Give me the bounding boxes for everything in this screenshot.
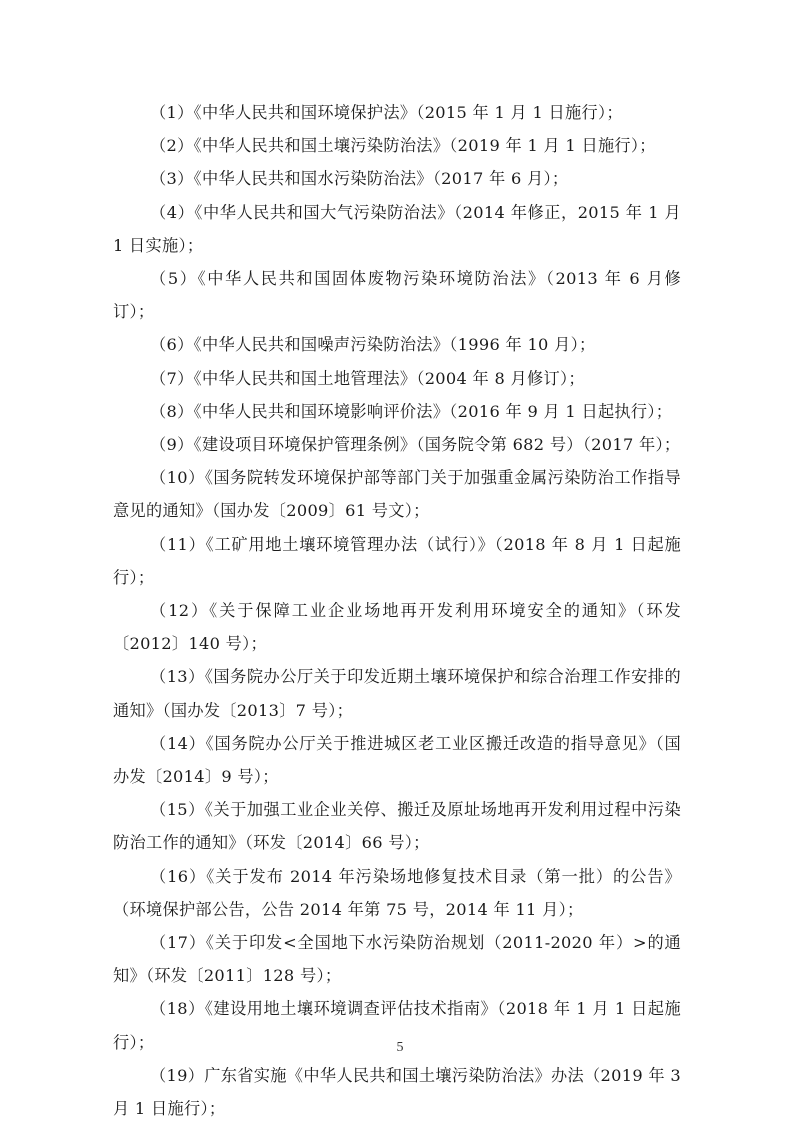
item-number: （13） — [150, 667, 205, 686]
item-number: （9） — [150, 435, 194, 454]
list-item: （2）《中华人民共和国土壤污染防治法》（2019 年 1 月 1 日施行）； — [113, 129, 681, 162]
item-number: （17） — [150, 933, 206, 952]
item-text: 《中华人民共和国大气污染防治法》（2014 年修正，2015 年 1 月 1 日… — [113, 203, 681, 255]
item-number: （18） — [150, 999, 205, 1018]
page-number: 5 — [0, 1040, 800, 1056]
list-item: （16）《关于发布 2014 年污染场地修复技术目录（第一批）的公告》（环境保护… — [113, 860, 681, 926]
item-number: （15） — [150, 800, 205, 819]
item-text: 《中华人民共和国环境影响评价法》（2016 年 9 月 1 日起执行）； — [194, 402, 673, 421]
item-text: 《中华人民共和国噪声污染防治法》（1996 年 10 月）； — [194, 335, 596, 354]
item-text: 《中华人民共和国环境保护法》（2015 年 1 月 1 日施行）； — [194, 103, 623, 122]
list-item: （19）广东省实施《中华人民共和国土壤污染防治法》办法（2019 年 3 月 1… — [113, 1059, 681, 1125]
item-text: 《中华人民共和国水污染防治法》（2017 年 6 月）； — [194, 169, 569, 188]
list-item: （3）《中华人民共和国水污染防治法》（2017 年 6 月）； — [113, 162, 681, 195]
regulation-list: （1）《中华人民共和国环境保护法》（2015 年 1 月 1 日施行）； （2）… — [113, 96, 681, 1125]
item-text: 《建设项目环境保护管理条例》（国务院令第 682 号）（2017 年）； — [194, 435, 681, 454]
list-item: （15）《关于加强工业企业关停、搬迁及原址场地再开发利用过程中污染防治工作的通知… — [113, 793, 681, 859]
item-number: （1） — [150, 103, 194, 122]
list-item: （1）《中华人民共和国环境保护法》（2015 年 1 月 1 日施行）； — [113, 96, 681, 129]
list-item: （13）《国务院办公厅关于印发近期土壤环境保护和综合治理工作安排的通知》（国办发… — [113, 660, 681, 726]
item-number: （12） — [150, 601, 209, 620]
item-number: （3） — [150, 169, 194, 188]
item-text: 《中华人民共和国土地管理法》（2004 年 8 月修订）； — [194, 369, 585, 388]
item-number: （14） — [150, 734, 206, 753]
list-item: （10）《国务院转发环境保护部等部门关于加强重金属污染防治工作指导意见的通知》（… — [113, 461, 681, 527]
item-number: （10） — [150, 468, 205, 487]
item-text: 《中华人民共和国土壤污染防治法》（2019 年 1 月 1 日施行）； — [194, 136, 656, 155]
list-item: （11）《工矿用地土壤环境管理办法（试行）》（2018 年 8 月 1 日起施行… — [113, 528, 681, 594]
item-number: （11） — [150, 535, 206, 554]
document-page: （1）《中华人民共和国环境保护法》（2015 年 1 月 1 日施行）； （2）… — [0, 0, 800, 1131]
item-number: （7） — [150, 369, 194, 388]
item-number: （4） — [150, 203, 194, 222]
item-text: 《中华人民共和国固体废物污染环境防治法》（2013 年 6 月修订）； — [113, 269, 681, 321]
list-item: （5）《中华人民共和国固体废物污染环境防治法》（2013 年 6 月修订）； — [113, 262, 681, 328]
list-item: （14）《国务院办公厅关于推进城区老工业区搬迁改造的指导意见》（国办发〔2014… — [113, 727, 681, 793]
item-number: （5） — [150, 269, 198, 288]
item-number: （6） — [150, 335, 194, 354]
list-item: （17）《关于印发<全国地下水污染防治规划（2011-2020 年）>的通知》（… — [113, 926, 681, 992]
list-item: （6）《中华人民共和国噪声污染防治法》（1996 年 10 月）； — [113, 328, 681, 361]
item-number: （16） — [150, 867, 206, 886]
list-item: （7）《中华人民共和国土地管理法》（2004 年 8 月修订）； — [113, 362, 681, 395]
list-item: （12）《关于保障工业企业场地再开发利用环境安全的通知》（环发〔2012〕140… — [113, 594, 681, 660]
item-number: （2） — [150, 136, 194, 155]
list-item: （4）《中华人民共和国大气污染防治法》（2014 年修正，2015 年 1 月 … — [113, 196, 681, 262]
list-item: （8）《中华人民共和国环境影响评价法》（2016 年 9 月 1 日起执行）； — [113, 395, 681, 428]
item-number: （8） — [150, 402, 194, 421]
list-item: （9）《建设项目环境保护管理条例》（国务院令第 682 号）（2017 年）； — [113, 428, 681, 461]
item-number: （19） — [150, 1066, 204, 1085]
